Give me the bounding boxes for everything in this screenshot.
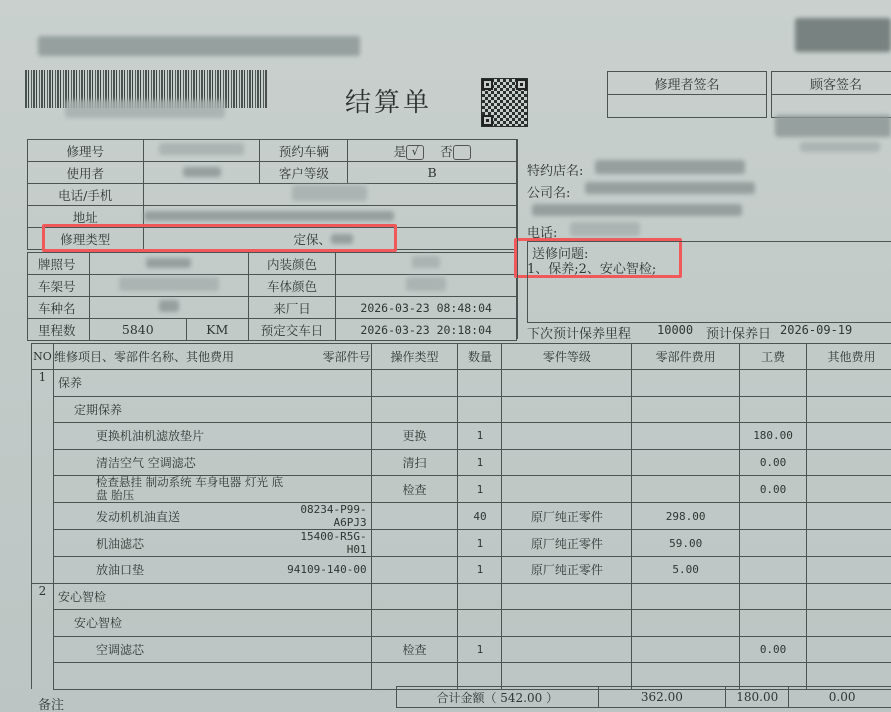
row-other: [807, 423, 891, 450]
redacted-company-name: [585, 182, 755, 194]
model-value: [89, 297, 248, 319]
row-no: [32, 530, 54, 557]
redacted-address-line: [532, 204, 742, 216]
phone-label: 电话/手机: [28, 184, 144, 206]
row-other: [807, 636, 891, 663]
row-other: [807, 530, 891, 557]
row-grade: 原厂纯正零件: [502, 503, 632, 530]
user-value: [143, 162, 260, 184]
row-item-name: [53, 663, 283, 690]
row-qty: 1: [458, 449, 502, 476]
row-no: [32, 503, 54, 530]
repairer-signature-label: 修理者签名: [608, 72, 767, 95]
plate-value: [89, 253, 248, 275]
redacted-dealer-phone: [570, 222, 640, 236]
redacted-right-info-2: [800, 142, 880, 152]
arrival-date: 2026-03-23 08:48:04: [336, 297, 517, 319]
row-part-fee: 59.00: [632, 530, 740, 557]
row-part-fee: 298.00: [632, 503, 740, 530]
row-qty: 1: [458, 557, 502, 584]
delivery-label: 预定交车日: [248, 319, 336, 341]
store-name-label: 特约店名:: [527, 160, 583, 179]
row-part-no: [283, 636, 371, 663]
model-label: 车种名: [28, 297, 90, 319]
interior-color-label: 内装颜色: [248, 253, 336, 275]
row-labor: [740, 583, 807, 610]
mileage-unit: KM: [186, 319, 248, 341]
row-item-name: 定期保养: [53, 396, 283, 423]
row-other: [807, 557, 891, 584]
divider: [517, 139, 518, 339]
row-part-no: [283, 423, 371, 450]
row-other: [807, 503, 891, 530]
row-part-fee: 5.00: [632, 557, 740, 584]
row-part-no: [283, 610, 371, 637]
delivery-date: 2026-03-23 20:18:04: [336, 319, 517, 341]
row-item-name: 放油口垫: [53, 557, 283, 584]
customer-signature-label: 顾客签名: [772, 72, 891, 95]
row-item-name: 空调滤芯: [53, 636, 283, 663]
row-item-name: 发动机机油直送: [53, 503, 283, 530]
row-no: 2: [32, 583, 54, 610]
row-qty: 1: [458, 636, 502, 663]
row-labor: [740, 530, 807, 557]
table-row: 1保养: [32, 370, 891, 397]
row-no: [32, 663, 54, 690]
row-qty: 1: [458, 530, 502, 557]
table-row: 清洁空气 空调滤芯清扫10.00: [32, 449, 891, 476]
row-part-fee: [632, 636, 740, 663]
total-parts: 362.00: [598, 687, 726, 708]
row-labor: [740, 503, 807, 530]
table-row: 检查悬挂 制动系统 车身电器 灯光 底盘 胎压检查10.00: [32, 476, 891, 503]
row-part-no: [283, 449, 371, 476]
row-item-name: 检查悬挂 制动系统 车身电器 灯光 底盘 胎压: [53, 476, 283, 503]
row-part-fee: [632, 476, 740, 503]
table-row: 机油滤芯15400-R5G-H011原厂纯正零件59.00: [32, 530, 891, 557]
row-other: [807, 476, 891, 503]
row-qty: [458, 583, 502, 610]
row-part-no: 94109-140-00: [283, 557, 371, 584]
row-grade: [502, 396, 632, 423]
items-table: NO维修项目、零部件名称、其他费用零部件号操作类型数量零件等级零部件费用工费其他…: [31, 343, 891, 690]
row-part-no: [283, 663, 371, 690]
row-labor: [740, 610, 807, 637]
redacted-barcode-number: [65, 100, 225, 118]
row-grade: [502, 476, 632, 503]
header-col-8: 其他费用: [807, 344, 891, 370]
items-header-row: NO维修项目、零部件名称、其他费用零部件号操作类型数量零件等级零部件费用工费其他…: [32, 344, 891, 370]
row-grade: [502, 610, 632, 637]
appointment-label: 预约车辆: [260, 140, 348, 162]
row-no: [32, 476, 54, 503]
row-no: 1: [32, 370, 54, 397]
row-op-type: 检查: [371, 636, 458, 663]
row-no: [32, 557, 54, 584]
row-part-no: 08234-P99-A6PJ3: [283, 503, 371, 530]
row-grade: [502, 423, 632, 450]
redacted-right-info: [775, 115, 891, 137]
totals-row: 合计金额（ 542.00 ） 362.00 180.00 0.00: [396, 686, 891, 708]
row-grade: 原厂纯正零件: [502, 530, 632, 557]
total-labor: 180.00: [726, 687, 789, 708]
vehicle-info-table: 牌照号 内装颜色 车架号 车体颜色 车种名 来厂日 2026-03-23 08:…: [27, 252, 517, 341]
next-date-label: 预计保养日: [706, 323, 771, 342]
row-no: [32, 396, 54, 423]
table-row: 2安心智检: [32, 583, 891, 610]
header-col-6: 零部件费用: [632, 344, 740, 370]
row-labor: [740, 396, 807, 423]
row-labor: 0.00: [740, 476, 807, 503]
row-op-type: [371, 583, 458, 610]
document-title: 结算单: [345, 82, 432, 119]
appointment-no-checkbox[interactable]: [453, 145, 471, 160]
row-qty: [458, 370, 502, 397]
row-grade: [502, 583, 632, 610]
row-qty: 1: [458, 476, 502, 503]
appointment-value: 是√ 否: [348, 140, 517, 162]
arrival-label: 来厂日: [248, 297, 336, 319]
row-op-type: [371, 610, 458, 637]
row-item-name: 安心智检: [53, 583, 283, 610]
plate-label: 牌照号: [28, 253, 90, 275]
row-other: [807, 583, 891, 610]
row-no: [32, 636, 54, 663]
row-op-type: 检查: [371, 476, 458, 503]
row-labor: 0.00: [740, 449, 807, 476]
row-item-name: 保养: [53, 370, 283, 397]
row-qty: [458, 396, 502, 423]
phone-value: [143, 184, 516, 206]
customer-level-label: 客户等级: [260, 162, 348, 184]
customer-signature-box: 顾客签名: [771, 71, 891, 118]
row-part-fee: [632, 610, 740, 637]
row-item-name: 更换机油机滤放垫片: [53, 423, 283, 450]
row-part-fee: [632, 370, 740, 397]
row-part-no: [283, 583, 371, 610]
next-mileage-label: 下次预计保养里程: [527, 323, 631, 342]
row-labor: [740, 557, 807, 584]
highlight-repair-type: [42, 224, 397, 252]
interior-color-value: [336, 253, 517, 275]
row-op-type: [371, 503, 458, 530]
repairer-signature-box: 修理者签名: [607, 71, 767, 118]
row-no: [32, 423, 54, 450]
qr-code: [482, 79, 527, 126]
row-qty: 40: [458, 503, 502, 530]
row-part-no: [283, 370, 371, 397]
repair-no-value: [143, 140, 260, 162]
dealer-phone-label: 电话:: [527, 222, 557, 241]
problem-text: 1、保养;2、安心智检;: [527, 258, 656, 277]
row-op-type: [371, 557, 458, 584]
table-row: 更换机油机滤放垫片更换1180.00: [32, 423, 891, 450]
mileage-value: 5840: [89, 319, 186, 341]
row-op-type: [371, 370, 458, 397]
row-grade: 原厂纯正零件: [502, 557, 632, 584]
row-item-name: 清洁空气 空调滤芯: [53, 449, 283, 476]
mileage-label: 里程数: [28, 319, 90, 341]
row-part-fee: [632, 583, 740, 610]
total-other: 0.00: [789, 687, 891, 708]
table-row: 安心智检: [32, 610, 891, 637]
header-part-no: 零部件号: [283, 344, 371, 370]
row-part-no: [283, 396, 371, 423]
row-no: [32, 610, 54, 637]
row-other: [807, 449, 891, 476]
customer-level-value: B: [348, 162, 517, 184]
body-color-label: 车体颜色: [248, 275, 336, 297]
row-part-fee: [632, 423, 740, 450]
appointment-yes-checkbox[interactable]: √: [406, 145, 424, 160]
row-grade: [502, 636, 632, 663]
header-col-5: 零件等级: [502, 344, 632, 370]
row-qty: 1: [458, 423, 502, 450]
row-labor: [740, 370, 807, 397]
row-op-type: 更换: [371, 423, 458, 450]
row-part-fee: [632, 396, 740, 423]
row-labor: 180.00: [740, 423, 807, 450]
next-mileage-value: 10000: [657, 323, 693, 337]
row-op-type: 清扫: [371, 449, 458, 476]
row-grade: [502, 370, 632, 397]
total-amount: 合计金额（ 542.00 ）: [397, 687, 599, 708]
row-item-name: 机油滤芯: [53, 530, 283, 557]
table-row: 定期保养: [32, 396, 891, 423]
company-name-label: 公司名:: [527, 182, 570, 201]
header-col-3: 操作类型: [371, 344, 458, 370]
row-item-name: 安心智检: [53, 610, 283, 637]
header-no: NO: [32, 344, 54, 370]
row-no: [32, 449, 54, 476]
row-part-fee: [632, 449, 740, 476]
user-label: 使用者: [28, 162, 144, 184]
row-op-type: [371, 396, 458, 423]
row-other: [807, 610, 891, 637]
row-part-no: 15400-R5G-H01: [283, 530, 371, 557]
table-row: 发动机机油直送08234-P99-A6PJ340原厂纯正零件298.00: [32, 503, 891, 530]
repair-no-label: 修理号: [28, 140, 144, 162]
next-date-value: 2026-09-19: [780, 323, 852, 337]
redacted-top-right: [795, 18, 891, 52]
row-grade: [502, 449, 632, 476]
row-part-no: [283, 476, 371, 503]
header-col-4: 数量: [458, 344, 502, 370]
row-qty: [458, 610, 502, 637]
row-other: [807, 370, 891, 397]
redacted-header-text: [38, 36, 360, 56]
notes-label: 备注: [38, 694, 64, 712]
row-labor: 0.00: [740, 636, 807, 663]
row-other: [807, 396, 891, 423]
redacted-store-name: [595, 160, 745, 174]
header-col-7: 工费: [740, 344, 807, 370]
table-row: 放油口垫94109-140-001原厂纯正零件5.00: [32, 557, 891, 584]
vin-value: [89, 275, 248, 297]
header-item-name: 维修项目、零部件名称、其他费用: [53, 344, 283, 370]
table-row: 空调滤芯检查10.00: [32, 636, 891, 663]
body-color-value: [336, 275, 517, 297]
row-op-type: [371, 530, 458, 557]
vin-label: 车架号: [28, 275, 90, 297]
repairer-signature-field[interactable]: [608, 95, 767, 118]
